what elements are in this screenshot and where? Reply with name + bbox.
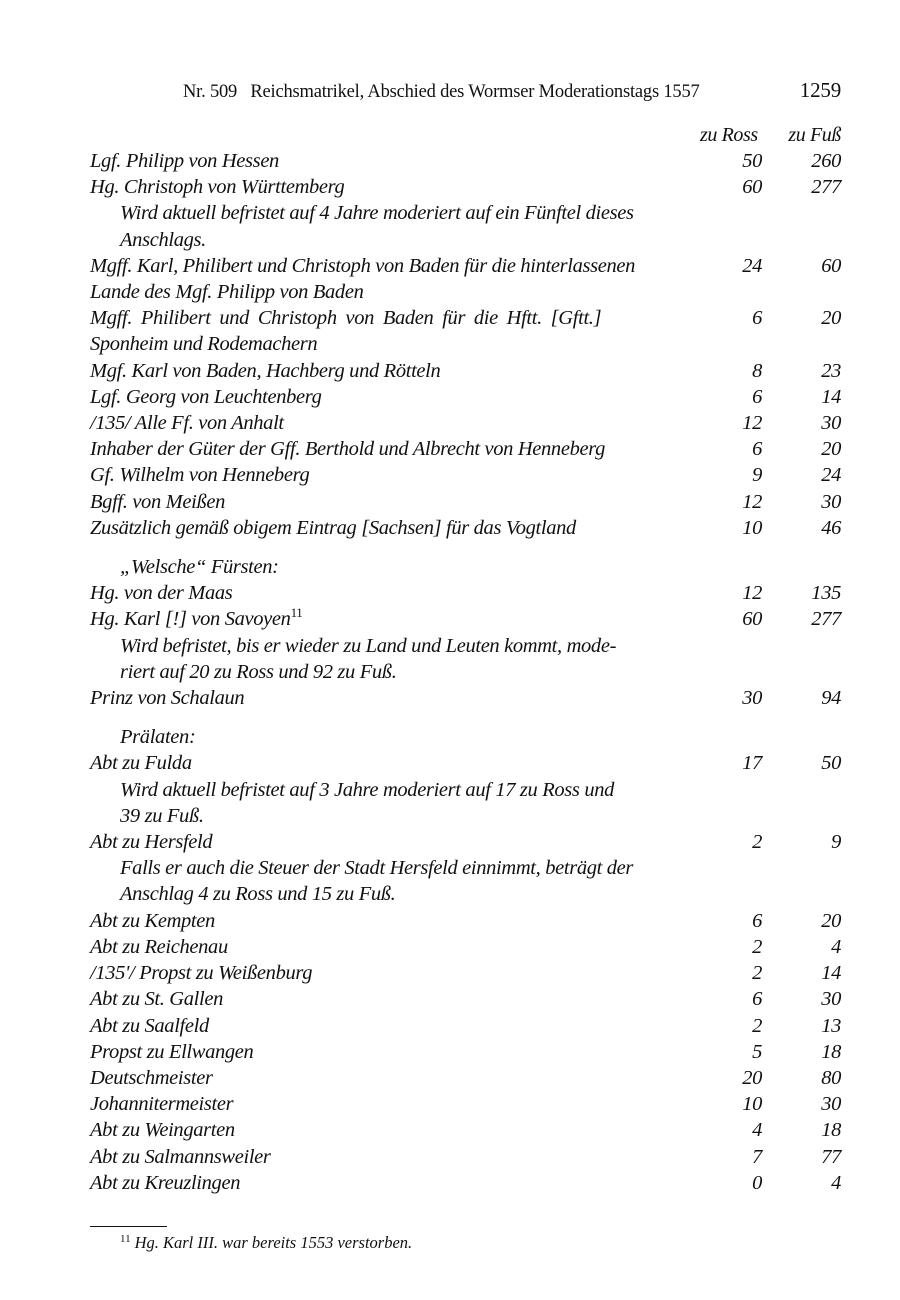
table-row: Abt zu St. Gallen 6 30: [90, 986, 841, 1012]
entry-ross: 6: [700, 986, 762, 1012]
entry-fuss: 9: [762, 829, 841, 855]
entry-ross: 2: [700, 1013, 762, 1039]
entry-fuss: 20: [762, 908, 841, 934]
page-number: 1259: [800, 78, 841, 103]
column-header-fuss: zu Fuß: [788, 124, 841, 147]
entry-name: Abt zu Fulda: [90, 750, 700, 776]
table-row: Mgff. Philibert und Christoph von Baden …: [90, 305, 841, 331]
entry-name: Deutschmeister: [90, 1065, 700, 1091]
table-row: Zusätzlich gemäß obigem Eintrag [Sachsen…: [90, 515, 841, 541]
table-row: Abt zu Kreuzlingen 0 4: [90, 1170, 841, 1196]
table-row-continuation: Sponheim und Rodemachern: [90, 331, 841, 357]
table-row: Johannitermeister 10 30: [90, 1091, 841, 1117]
entry-ross: 10: [700, 1091, 762, 1117]
entry-ross: 12: [700, 489, 762, 515]
entry-ross: 7: [700, 1144, 762, 1170]
table-row: Gf. Wilhelm von Henneberg 9 24: [90, 462, 841, 488]
entry-name: Abt zu Reichenau: [90, 934, 700, 960]
entry-name: Inhaber der Güter der Gff. Berthold und …: [90, 436, 700, 462]
table-row: Hg. Karl [!] von Savoyen11 60 277: [90, 606, 841, 632]
entry-ross: 2: [700, 829, 762, 855]
entry-name: Hg. Karl [!] von Savoyen11: [90, 606, 700, 632]
table-row: Deutschmeister 20 80: [90, 1065, 841, 1091]
entry-ross: 4: [700, 1117, 762, 1143]
entry-name: Abt zu St. Gallen: [90, 986, 700, 1012]
entry-note: Falls er auch die Steuer der Stadt Hersf…: [90, 855, 700, 907]
entry-name: Abt zu Saalfeld: [90, 1013, 700, 1039]
entry-ross: 10: [700, 515, 762, 541]
entry-ross: 6: [700, 436, 762, 462]
entry-ross: 17: [700, 750, 762, 776]
section-spacer: [90, 711, 841, 724]
entry-note: Wird befristet, bis er wieder zu Land un…: [90, 633, 700, 685]
entry-name: Lgf. Georg von Leuchtenberg: [90, 384, 700, 410]
entry-fuss: 30: [762, 410, 841, 436]
entry-name: Hg. Christoph von Württemberg: [90, 174, 700, 200]
entry-name: Lgf. Philipp von Hessen: [90, 148, 700, 174]
entry-fuss: 46: [762, 515, 841, 541]
entry-name: Propst zu Ellwangen: [90, 1039, 700, 1065]
matrikel-table: Lgf. Philipp von Hessen 50 260 Hg. Chris…: [90, 148, 841, 1196]
entry-name: Hg. von der Maas: [90, 580, 700, 606]
entry-fuss: 14: [762, 384, 841, 410]
column-header-ross: zu Ross: [700, 124, 758, 147]
entry-fuss: 13: [762, 1013, 841, 1039]
entry-name: /135'/ Propst zu Weißenburg: [90, 960, 700, 986]
entry-fuss: 277: [762, 174, 841, 200]
document-title: Reichsmatrikel, Abschied des Wormser Mod…: [250, 82, 699, 102]
entry-note: Wird aktuell befristet auf 4 Jahre moder…: [90, 200, 700, 252]
entry-fuss: 20: [762, 436, 841, 462]
running-head: Nr. 509 Reichsmatrikel, Abschied des Wor…: [183, 78, 841, 103]
running-head-title: Nr. 509 Reichsmatrikel, Abschied des Wor…: [183, 82, 700, 103]
entry-fuss: 30: [762, 986, 841, 1012]
table-row: Abt zu Salmannsweiler 7 77: [90, 1144, 841, 1170]
table-row: /135/ Alle Ff. von Anhalt 12 30: [90, 410, 841, 436]
entry-fuss: 14: [762, 960, 841, 986]
entry-fuss: 4: [762, 934, 841, 960]
entry-ross: 30: [700, 685, 762, 711]
entry-ross: 9: [700, 462, 762, 488]
footnote-mark: 11: [120, 1233, 131, 1245]
table-row: Mgff. Karl, Philibert und Christoph von …: [90, 253, 841, 279]
table-row: Abt zu Reichenau 2 4: [90, 934, 841, 960]
entry-fuss: 24: [762, 462, 841, 488]
entry-fuss: 30: [762, 1091, 841, 1117]
entry-fuss: 77: [762, 1144, 841, 1170]
entry-name: Abt zu Weingarten: [90, 1117, 700, 1143]
entry-ross: 2: [700, 934, 762, 960]
entry-note: Wird aktuell befristet auf 3 Jahre moder…: [90, 777, 700, 829]
table-row-continuation: Lande des Mgf. Philipp von Baden: [90, 279, 841, 305]
document-number: Nr. 509: [183, 82, 237, 102]
table-row: /135'/ Propst zu Weißenburg 2 14: [90, 960, 841, 986]
entry-name: Abt zu Kempten: [90, 908, 700, 934]
entry-ross: 0: [700, 1170, 762, 1196]
entry-name: Mgf. Karl von Baden, Hachberg und Röttel…: [90, 358, 700, 384]
entry-fuss: 30: [762, 489, 841, 515]
entry-fuss: 60: [762, 253, 841, 279]
entry-ross: 20: [700, 1065, 762, 1091]
entry-name-continued: Sponheim und Rodemachern: [90, 331, 700, 357]
entry-name: Johannitermeister: [90, 1091, 700, 1117]
entry-ross: 6: [700, 305, 762, 331]
footnote-reference[interactable]: 11: [291, 605, 303, 620]
entry-fuss: 277: [762, 606, 841, 632]
footnote-11: 11Hg. Karl III. war bereits 1553 verstor…: [120, 1233, 412, 1253]
table-row: Bgff. von Meißen 12 30: [90, 489, 841, 515]
entry-name: Zusätzlich gemäß obigem Eintrag [Sachsen…: [90, 515, 700, 541]
entry-name: Abt zu Salmannsweiler: [90, 1144, 700, 1170]
entry-ross: 6: [700, 384, 762, 410]
table-row: Lgf. Georg von Leuchtenberg 6 14: [90, 384, 841, 410]
entry-fuss: 50: [762, 750, 841, 776]
table-row: Mgf. Karl von Baden, Hachberg und Röttel…: [90, 358, 841, 384]
entry-fuss: 260: [762, 148, 841, 174]
entry-name: Mgff. Philibert und Christoph von Baden …: [90, 305, 700, 331]
table-row: Abt zu Kempten 6 20: [90, 908, 841, 934]
entry-ross: 5: [700, 1039, 762, 1065]
entry-ross: 60: [700, 174, 762, 200]
entry-ross: 6: [700, 908, 762, 934]
entry-fuss: 94: [762, 685, 841, 711]
entry-fuss: 135: [762, 580, 841, 606]
entry-name: Mgff. Karl, Philibert und Christoph von …: [90, 253, 700, 279]
table-row: Hg. Christoph von Württemberg 60 277: [90, 174, 841, 200]
entry-name: Bgff. von Meißen: [90, 489, 700, 515]
entry-ross: 2: [700, 960, 762, 986]
entry-ross: 50: [700, 148, 762, 174]
section-heading-welsche: „Welsche“ Fürsten:: [90, 554, 841, 580]
entry-name-continued: Lande des Mgf. Philipp von Baden: [90, 279, 700, 305]
entry-name: Abt zu Hersfeld: [90, 829, 700, 855]
table-row: Abt zu Hersfeld 2 9: [90, 829, 841, 855]
entry-fuss: 23: [762, 358, 841, 384]
entry-name: Abt zu Kreuzlingen: [90, 1170, 700, 1196]
footnote-divider: [90, 1226, 167, 1227]
entry-ross: 60: [700, 606, 762, 632]
entry-ross: 12: [700, 580, 762, 606]
footnote-text: Hg. Karl III. war bereits 1553 verstorbe…: [135, 1233, 413, 1252]
entry-name: Prinz von Schalaun: [90, 685, 700, 711]
entry-ross: 8: [700, 358, 762, 384]
section-heading-praelaten: Prälaten:: [90, 724, 841, 750]
entry-name: /135/ Alle Ff. von Anhalt: [90, 410, 700, 436]
table-row: Abt zu Fulda 17 50: [90, 750, 841, 776]
table-row: Abt zu Weingarten 4 18: [90, 1117, 841, 1143]
table-row: Inhaber der Güter der Gff. Berthold und …: [90, 436, 841, 462]
table-row: Propst zu Ellwangen 5 18: [90, 1039, 841, 1065]
entry-ross: 24: [700, 253, 762, 279]
entry-fuss: 20: [762, 305, 841, 331]
table-row: Abt zu Saalfeld 2 13: [90, 1013, 841, 1039]
section-spacer: [90, 541, 841, 554]
entry-fuss: 4: [762, 1170, 841, 1196]
table-row: Lgf. Philipp von Hessen 50 260: [90, 148, 841, 174]
entry-fuss: 18: [762, 1117, 841, 1143]
table-row: Prinz von Schalaun 30 94: [90, 685, 841, 711]
table-row: Hg. von der Maas 12 135: [90, 580, 841, 606]
column-headers: zu Ross zu Fuß: [700, 124, 841, 147]
entry-ross: 12: [700, 410, 762, 436]
entry-fuss: 18: [762, 1039, 841, 1065]
entry-name: Gf. Wilhelm von Henneberg: [90, 462, 700, 488]
entry-fuss: 80: [762, 1065, 841, 1091]
